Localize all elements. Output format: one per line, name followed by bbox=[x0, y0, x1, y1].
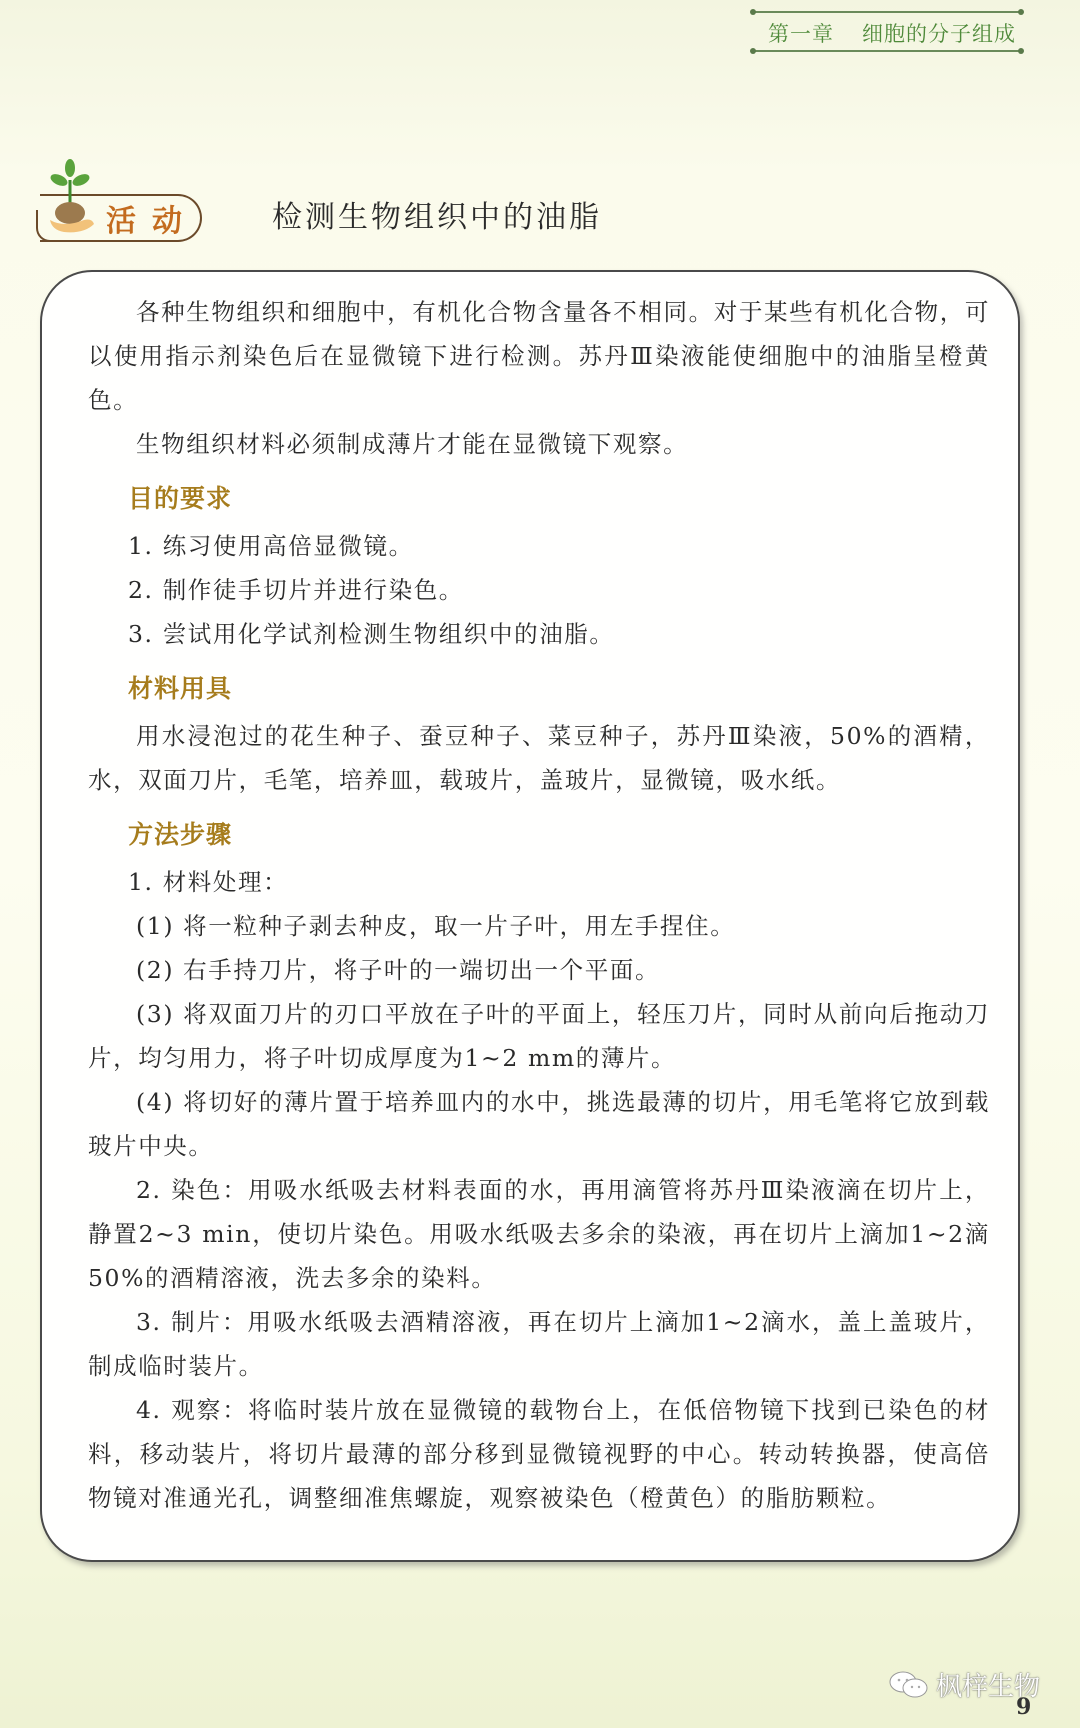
chapter-header: 第一章细胞的分子组成 bbox=[752, 10, 1022, 54]
header-rule-bottom bbox=[752, 50, 1022, 52]
chapter-number: 第一章 bbox=[768, 22, 834, 46]
objective-item: 2. 制作徒手切片并进行染色。 bbox=[88, 568, 990, 612]
chapter-name: 细胞的分子组成 bbox=[862, 22, 1016, 46]
page-number: 9 bbox=[1016, 1694, 1031, 1720]
objective-item: 3. 尝试用化学试剂检测生物组织中的油脂。 bbox=[88, 612, 990, 656]
procedure-substep: (4) 将切好的薄片置于培养皿内的水中，挑选最薄的切片，用毛笔将它放到载玻片中央… bbox=[88, 1080, 990, 1168]
sprout-in-hand-icon bbox=[44, 158, 104, 240]
activity-label: 活动 bbox=[106, 196, 198, 240]
section-heading-materials: 材料用具 bbox=[128, 664, 990, 714]
intro-paragraph-1: 各种生物组织和细胞中，有机化合物含量各不相同。对于某些有机化合物，可以使用指示剂… bbox=[88, 290, 990, 422]
section-heading-objectives: 目的要求 bbox=[128, 474, 990, 524]
procedure-substep: (1) 将一粒种子剥去种皮，取一片子叶，用左手捏住。 bbox=[88, 904, 990, 948]
procedure-step-1-title: 1. 材料处理： bbox=[88, 860, 990, 904]
intro-paragraph-2: 生物组织材料必须制成薄片才能在显微镜下观察。 bbox=[88, 422, 990, 466]
objective-item: 1. 练习使用高倍显微镜。 bbox=[88, 524, 990, 568]
activity-badge: 活动 bbox=[36, 158, 212, 240]
procedure-substep: (3) 将双面刀片的刃口平放在子叶的平面上，轻压刀片，同时从前向后拖动刀片，均匀… bbox=[88, 992, 990, 1080]
chapter-title: 第一章细胞的分子组成 bbox=[768, 18, 1016, 48]
activity-content: 各种生物组织和细胞中，有机化合物含量各不相同。对于某些有机化合物，可以使用指示剂… bbox=[88, 290, 990, 1520]
header-rule-top bbox=[752, 11, 1022, 13]
section-heading-procedure: 方法步骤 bbox=[128, 810, 990, 860]
procedure-step-2: 2. 染色：用吸水纸吸去材料表面的水，再用滴管将苏丹Ⅲ染液滴在切片上，静置2~3… bbox=[88, 1168, 990, 1300]
materials-text: 用水浸泡过的花生种子、蚕豆种子、菜豆种子，苏丹Ⅲ染液，50%的酒精，水，双面刀片… bbox=[88, 714, 990, 802]
activity-title: 检测生物组织中的油脂 bbox=[272, 192, 602, 236]
wechat-icon bbox=[888, 1669, 930, 1701]
procedure-substep: (2) 右手持刀片，将子叶的一端切出一个平面。 bbox=[88, 948, 990, 992]
procedure-step-4: 4. 观察：将临时装片放在显微镜的载物台上，在低倍物镜下找到已染色的材料，移动装… bbox=[88, 1388, 990, 1520]
procedure-step-3: 3. 制片：用吸水纸吸去酒精溶液，再在切片上滴加1~2滴水，盖上盖玻片，制成临时… bbox=[88, 1300, 990, 1388]
